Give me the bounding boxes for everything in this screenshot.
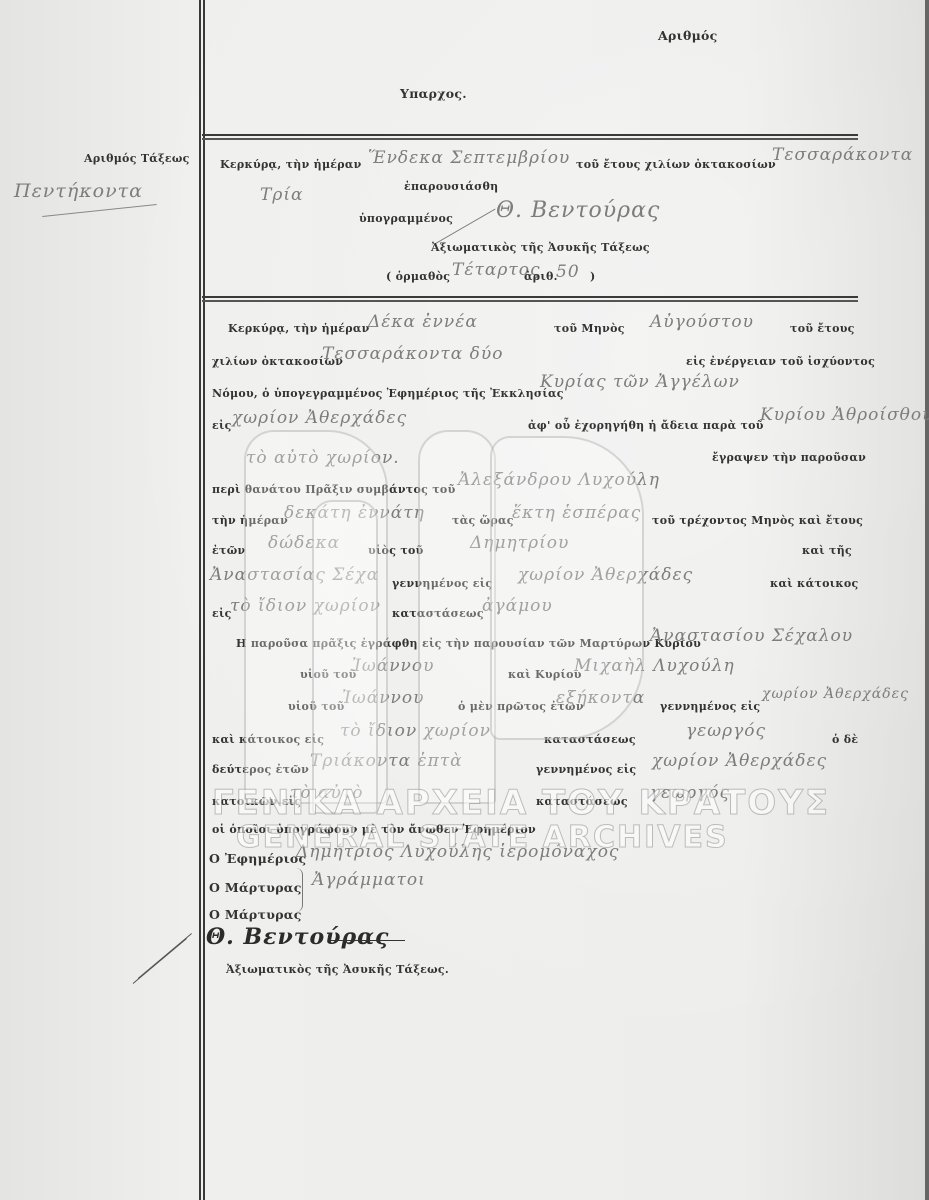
presented-label: ἐπαρουσιάσθη (404, 180, 498, 193)
officer-title-bottom: Ἀξιωματικὸς τῆς Ἀσυκῆς Τάξεως. (226, 963, 449, 976)
officer-signature: Θ. Βεντούρας (206, 924, 389, 950)
presentation-line1-prefix: Κερκύρᾳ, τὴν ἡμέραν (220, 158, 362, 171)
record-l3-church: Κυρίας τῶν Ἀγγέλων (540, 372, 740, 392)
watermark-line1: ΓΕΝΙΚΑ ΑΡΧΕΙΑ ΤΟΥ ΚΡΑΤΟΥΣ (212, 783, 830, 823)
record-l8-a: ἐτῶν (212, 544, 245, 557)
record-l1-a: Κερκύρᾳ, τὴν ἡμέραν (228, 322, 370, 335)
document-title: Υπαρχος. (400, 86, 467, 101)
record-l5-a: ἔγραψεν τὴν παροῦσαν (712, 451, 866, 464)
officer-title-top: Ἀξιωματικὸς τῆς Ἀσυκῆς Τάξεως (431, 241, 650, 254)
header-rule (202, 134, 858, 136)
bundle-number-label: ἀριθ. (524, 270, 558, 283)
record-l3-a: Νόμου, ὁ ὑπογεγραμμένος Ἐφημέριος τῆς Ἐκ… (212, 387, 564, 400)
order-number-value: Πεντήκοντα (14, 180, 143, 202)
number-label: Αριθμός (658, 28, 718, 43)
bundle-number-value: 50 (556, 262, 580, 282)
section-rule (202, 296, 858, 298)
bundle-close: ) (590, 270, 596, 283)
record-l14-c: ὁ δὲ (832, 733, 858, 746)
record-l11-witness1: Ἀναστασίου Σέχαλου (650, 626, 853, 646)
record-l1-c: τοῦ ἔτους (790, 322, 855, 335)
undersigned-label: ὑπογραμμένος (359, 212, 453, 225)
witnesses-illiterate: Ἀγράμματοι (312, 870, 426, 890)
record-l15-b: γεννημένος εἰς (536, 763, 636, 776)
left-column-border (199, 0, 201, 1200)
record-l1-month: Αὐγούστου (650, 312, 754, 332)
record-l8-c: καὶ τῆς (802, 544, 852, 557)
presentation-year: Τεσσαράκοντα (772, 145, 913, 165)
presentation-line1-mid: τοῦ ἔτους χιλίων ὀκτακοσίων (576, 158, 776, 171)
document-page: Αριθμός Υπαρχος. Αριθμός Τάξεως Πεντήκον… (0, 0, 929, 1200)
record-l4-authority: Κυρίου Ἀθροίσθου (760, 405, 929, 425)
order-number-underline (42, 204, 156, 217)
watermark-logo-bowl (490, 436, 644, 740)
watermark-line2: GENERAL STATE ARCHIVES (236, 820, 729, 855)
page-edge (925, 0, 929, 1200)
presentation-day: Ἕνδεκα Σεπτεμβρίου (368, 148, 570, 168)
record-l2-b: εἰς ἐνέργειαν τοῦ ἰσχύοντος (686, 355, 875, 368)
record-l7-c: τοῦ τρέχοντος Μηνὸς καὶ ἔτους (652, 514, 863, 527)
record-l13-w1-birthplace: χωρίον Ἀθερχάδες (762, 686, 909, 702)
record-l2-year: Τεσσαράκοντα δύο (322, 344, 503, 364)
watermark-logo-mid (312, 500, 378, 814)
watermark-logo-right (418, 430, 496, 804)
record-l4-b: ἀφ' οὗ ἐχορηγήθη ἡ ἄδεια παρὰ τοῦ (528, 419, 764, 432)
record-l9-b: καὶ κάτοικος (770, 577, 859, 590)
order-number-label: Αριθμός Τάξεως (84, 152, 190, 165)
record-l1-b: τοῦ Μηνὸς (554, 322, 625, 335)
margin-mark-icon (133, 938, 187, 984)
presentation-year-cont: Τρία (260, 185, 303, 205)
witness-brace (296, 868, 303, 912)
record-l4-a: εἰς (212, 419, 232, 432)
bundle-open: ( ὁρμαθὸς (386, 270, 450, 283)
record-l14-w1-status: γεωργός (686, 721, 766, 741)
record-l13-c: γεννημένος εἰς (660, 700, 760, 713)
record-l10-a: εἰς (212, 607, 232, 620)
record-l1-day: Δέκα ἐννέα (368, 312, 478, 332)
witness1-label: Ο Μάρτυρας (209, 880, 302, 895)
record-l15-w2-birthplace: χωρίον Ἀθερχάδες (652, 751, 827, 771)
record-l4-place: χωρίον Ἀθερχάδες (232, 408, 407, 428)
officer-signature-flourish (330, 940, 405, 941)
presenter-signature: Θ. Βεντούρας (496, 198, 660, 223)
witness2-label: Ο Μάρτυρας (209, 907, 302, 922)
